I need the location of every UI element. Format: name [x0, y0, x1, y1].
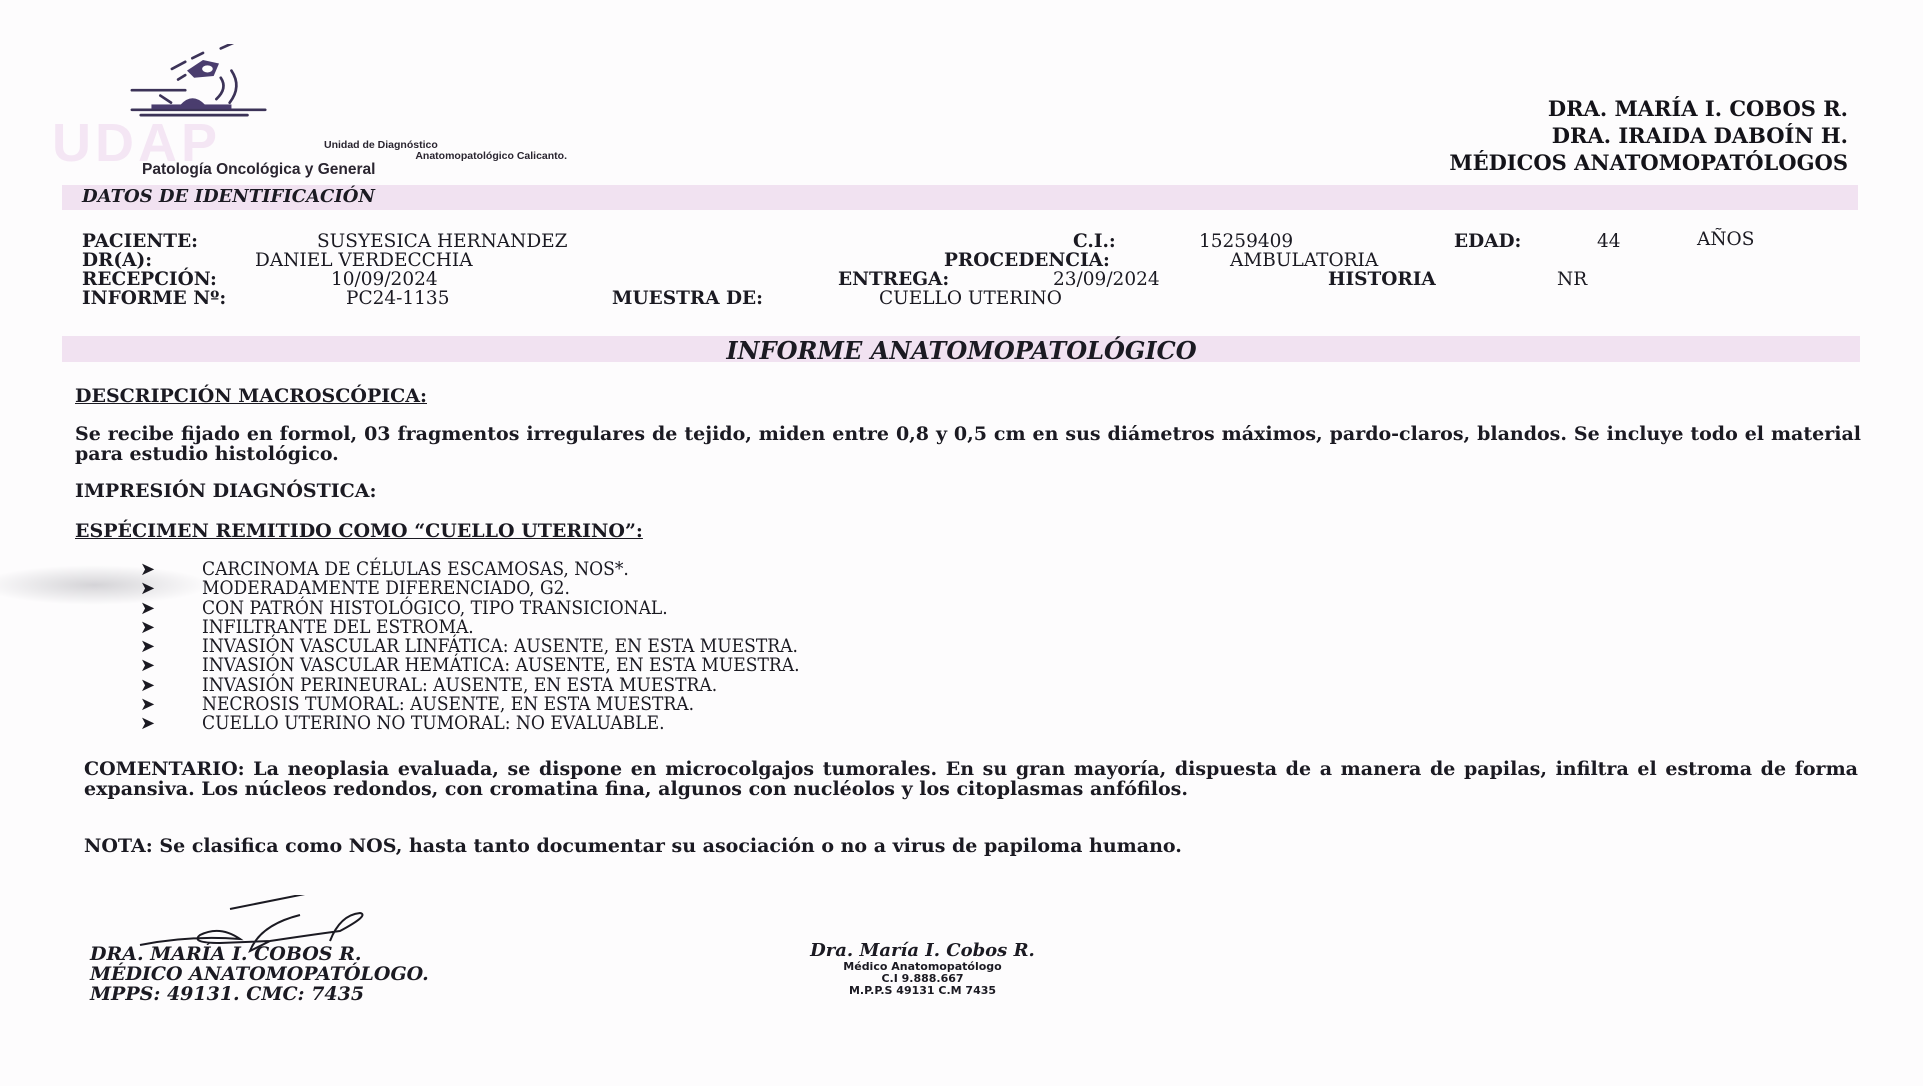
entrega-label: ENTREGA: — [838, 270, 949, 290]
stamp-name: Dra. María I. Cobos R. — [780, 940, 1065, 961]
signer-registry: MPPS: 49131. CMC: 7435 — [90, 984, 429, 1004]
muestra-value: CUELLO UTERINO — [879, 289, 1062, 309]
procedencia-label: PROCEDENCIA: — [944, 251, 1110, 271]
doctor-label: DR(A): — [82, 251, 152, 271]
arrow-bullet-icon: ➤ — [140, 637, 202, 656]
recepcion-label: RECEPCIÓN: — [82, 270, 217, 290]
report-title: INFORME ANATOMOPATOLÓGICO — [0, 336, 1923, 365]
comment: COMENTARIO: La neoplasia evaluada, se di… — [84, 759, 1858, 799]
edad-unit: AÑOS — [1697, 230, 1754, 250]
arrow-bullet-icon: ➤ — [140, 714, 202, 733]
note-label: NOTA: — [84, 835, 153, 857]
entrega-value: 23/09/2024 — [1053, 270, 1160, 290]
microscope-icon — [128, 44, 278, 124]
note: NOTA: Se clasifica como NOS, hasta tanto… — [84, 836, 1182, 856]
identification-title: DATOS DE IDENTIFICACIÓN — [82, 186, 375, 207]
edad-label: EDAD: — [1454, 232, 1521, 252]
procedencia-value: AMBULATORIA — [1230, 251, 1378, 271]
specimen-heading: ESPÉCIMEN REMITIDO COMO “CUELLO UTERINO”… — [75, 520, 643, 542]
note-text: Se clasifica como NOS, hasta tanto docum… — [159, 835, 1181, 857]
comment-text: La neoplasia evaluada, se dispone en mic… — [84, 758, 1858, 800]
doctor-name-1: DRA. MARÍA I. COBOS R. — [1449, 95, 1848, 122]
signer-title: MÉDICO ANATOMOPATÓLOGO. — [90, 964, 429, 984]
diagnosis-item: ➤CUELLO UTERINO NO TUMORAL: NO EVALUABLE… — [140, 714, 800, 733]
doctor-stamp: Dra. María I. Cobos R. Médico Anatomopat… — [780, 940, 1065, 997]
arrow-bullet-icon: ➤ — [140, 656, 202, 675]
doctors-heading: DRA. MARÍA I. COBOS R. DRA. IRAIDA DABOÍ… — [1449, 95, 1848, 176]
unit-name: Unidad de Diagnóstico Anatomopatológico … — [322, 140, 567, 162]
arrow-bullet-icon: ➤ — [140, 560, 202, 579]
arrow-bullet-icon: ➤ — [140, 618, 202, 637]
arrow-bullet-icon: ➤ — [140, 676, 202, 695]
recepcion-value: 10/09/2024 — [331, 270, 438, 290]
historia-label: HISTORIA — [1328, 270, 1436, 290]
ci-label: C.I.: — [1073, 232, 1116, 252]
arrow-bullet-icon: ➤ — [140, 599, 202, 618]
macro-description: Se recibe fijado en formol, 03 fragmento… — [75, 424, 1861, 464]
informe-value: PC24-1135 — [346, 289, 449, 309]
diagnosis-heading: IMPRESIÓN DIAGNÓSTICA: — [75, 480, 377, 502]
muestra-label: MUESTRA DE: — [612, 289, 763, 309]
paciente-label: PACIENTE: — [82, 232, 198, 252]
unit-subtitle: Patología Oncológica y General — [142, 161, 375, 179]
diagnosis-item-text: CUELLO UTERINO NO TUMORAL: NO EVALUABLE. — [202, 712, 665, 734]
ci-value: 15259409 — [1199, 232, 1293, 252]
macro-heading: DESCRIPCIÓN MACROSCÓPICA: — [75, 385, 427, 407]
diagnosis-list: ➤CARCINOMA DE CÉLULAS ESCAMOSAS, NOS*.➤M… — [140, 560, 800, 734]
informe-label: INFORME Nº: — [82, 289, 226, 309]
arrow-bullet-icon: ➤ — [140, 695, 202, 714]
comment-label: COMENTARIO: — [84, 758, 245, 780]
stamp-registry: M.P.P.S 49131 C.M 7435 — [780, 985, 1065, 997]
signature-block: DRA. MARÍA I. COBOS R. MÉDICO ANATOMOPAT… — [90, 944, 429, 1004]
edad-value: 44 — [1597, 232, 1621, 252]
historia-value: NR — [1557, 270, 1587, 290]
doctor-value: DANIEL VERDECCHIA — [255, 251, 473, 271]
paciente-value: SUSYESICA HERNANDEZ — [317, 232, 568, 252]
doctors-specialty: MÉDICOS ANATOMOPATÓLOGOS — [1449, 149, 1848, 176]
arrow-bullet-icon: ➤ — [140, 579, 202, 598]
doctor-name-2: DRA. IRAIDA DABOÍN H. — [1449, 122, 1848, 149]
signer-name: DRA. MARÍA I. COBOS R. — [90, 944, 429, 964]
